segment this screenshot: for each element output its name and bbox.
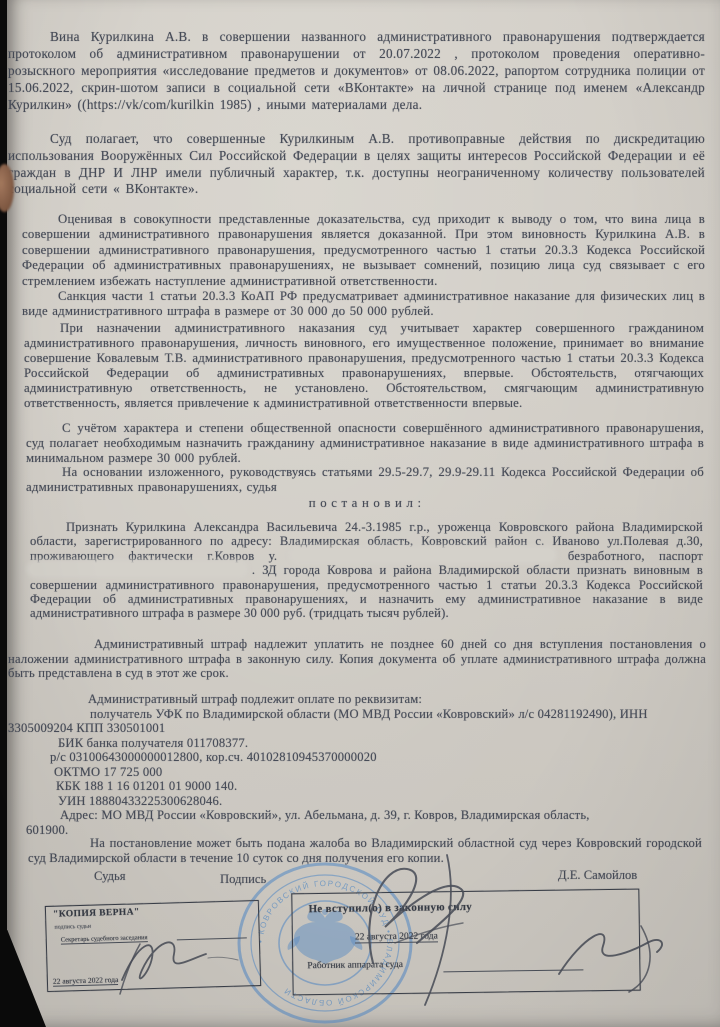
paragraph-public-character: Суд полагает, что совершенные Курилкиным… [8, 131, 705, 198]
judge-label: Судья [94, 869, 126, 884]
clerk-signature [545, 912, 695, 1007]
paragraph-payment-deadline: Административный штраф надлежит уплатить… [8, 637, 706, 681]
paragraph: Вина Курилкина А.В. в совершении названн… [8, 28, 705, 113]
payment-line: Административный штраф подлежит оплате п… [88, 692, 708, 707]
passport-redaction-bar [30, 563, 245, 575]
copy-stamp-subtitle: подпись судьи [54, 924, 91, 931]
paragraph: Административный штраф надлежит уплатить… [8, 637, 706, 681]
secretary-signature [110, 928, 280, 1003]
payment-line: ОКТМО 17 725 000 [54, 765, 708, 780]
resolution-text-part2: безработного, паспорт [568, 549, 703, 563]
document-photo: Вина Курилкина А.В. в совершении названн… [0, 0, 720, 1027]
address-redaction-bar [292, 549, 554, 561]
resolution-heading: п о с т а н о в и л : [26, 496, 704, 511]
paragraph-resolution: Признать Курилкина Александра Васильевич… [30, 520, 703, 621]
paragraph: С учётом характера и степени общественно… [26, 421, 704, 466]
paragraph: Оценивая в совокупности представленные д… [22, 212, 705, 289]
paragraph-punishment-factors: При назначении административного наказан… [24, 321, 704, 411]
paragraph-sanction: Санкция части 1 статьи 20.3.3 КоАП РФ пр… [22, 289, 705, 320]
paragraph-fine-decision: С учётом характера и степени общественно… [26, 421, 704, 466]
resolution-heading-text: п о с т а н о в и л : [26, 496, 704, 511]
payment-line: 3305009204 КПП 330501001 [8, 721, 708, 736]
paragraph-assessment: Оценивая в совокупности представленные д… [22, 212, 705, 320]
judge-signature [335, 843, 545, 1018]
payment-line: получатель УФК по Владимирской области (… [90, 707, 708, 722]
paragraph: Суд полагает, что совершенные Курилкиным… [8, 131, 705, 198]
paragraph: На основании изложенного, руководствуясь… [26, 465, 704, 495]
payment-line: КБК 188 1 16 01201 01 9000 140. [56, 779, 708, 794]
payment-line: 601900. [26, 823, 708, 838]
judge-name: Д.Е. Самойлов [558, 868, 637, 883]
copy-stamp-title: "КОПИЯ ВЕРНА" [53, 907, 140, 919]
paragraph: При назначении административного наказан… [24, 321, 704, 411]
paragraph-legal-basis: На основании изложенного, руководствуясь… [26, 465, 704, 495]
payment-line: УИН 18880433225300628046. [58, 794, 708, 809]
paragraph-evidence: Вина Курилкина А.В. в совершении названн… [8, 28, 705, 113]
copy-stamp-date: 22 августа 2022 года [53, 975, 119, 987]
payment-line: р/с 03100643000000012800, кор.сч. 401028… [50, 750, 708, 765]
payment-details: Административный штраф подлежит оплате п… [8, 692, 708, 837]
payment-line: Адрес: МО МВД России «Ковровский», ул. А… [60, 808, 708, 823]
payment-line: БИК банка получателя 011708377. [58, 736, 708, 751]
